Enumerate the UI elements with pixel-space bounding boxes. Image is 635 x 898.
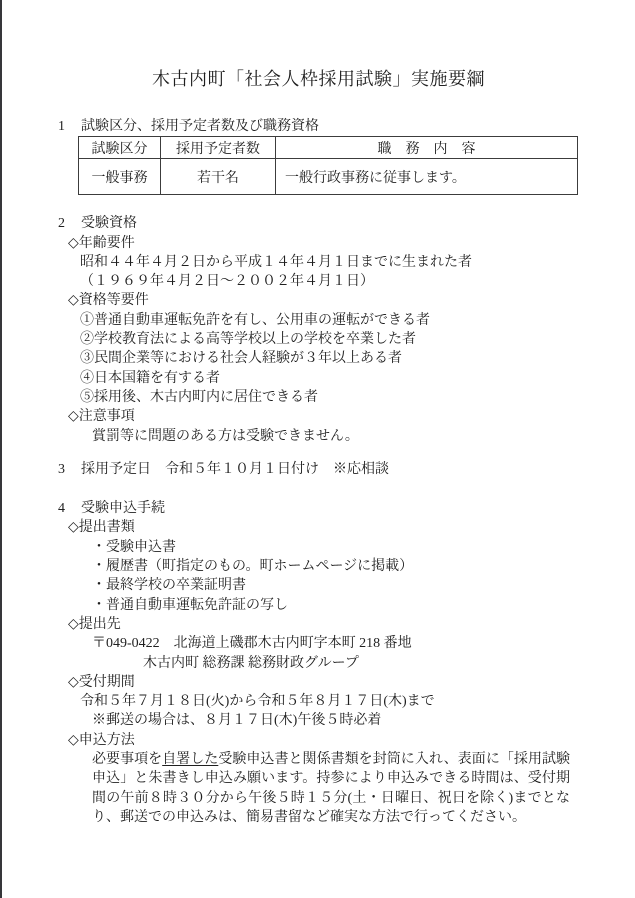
submission-document-item: ・履歴書（町指定のもの。町ホームページに掲載） <box>58 557 615 576</box>
table-cell-planned-hires: 若干名 <box>161 159 276 195</box>
section-4-heading: 4受験申込手続 <box>58 499 615 518</box>
table-header-job-description: 職 務 内 容 <box>276 137 578 159</box>
section-2: 2受験資格 ◇年齢要件 昭和４４年４月２日から平成１４年４月１日までに生まれた者… <box>58 214 615 446</box>
qualification-item: ④日本国籍を有する者 <box>58 369 615 388</box>
submission-address-line: 〒049-0422 北海道上磯郡木古内町字本町 218 番地 <box>58 634 615 653</box>
qualification-item: ⑤採用後、木古内町内に居住できる者 <box>58 388 615 407</box>
section-2-heading-text: 受験資格 <box>81 216 137 231</box>
table-header-exam-category: 試験区分 <box>79 137 161 159</box>
qualification-label: ◇資格等要件 <box>58 291 615 310</box>
submission-document-item: ・普通自動車運転免許証の写し <box>58 596 615 615</box>
section-1-heading-text: 試験区分、採用予定者数及び職務資格 <box>81 119 319 134</box>
age-requirement-line: 昭和４４年４月２日から平成１４年４月１日までに生まれた者 <box>58 253 615 272</box>
section-4: 4受験申込手続 ◇提出書類 ・受験申込書 ・履歴書（町指定のもの。町ホームページ… <box>58 499 615 827</box>
application-method-paragraph: 必要事項を自署した受験申込書と関係書類を封筒に入れ、表面に「採用試験申込」と朱書… <box>92 750 570 827</box>
section-2-heading: 2受験資格 <box>58 214 615 233</box>
exam-table-data-row: 一般事務 若干名 一般行政事務に従事します。 <box>79 159 578 195</box>
section-3-heading-text: 採用予定日 令和５年１０月１日付け ※応相談 <box>81 462 389 477</box>
section-1-number: 1 <box>58 117 81 136</box>
section-3-number: 3 <box>58 460 81 479</box>
age-requirement-label: ◇年齢要件 <box>58 234 615 253</box>
acceptance-period-note: ※郵送の場合は、８月１７日(木)午後５時必着 <box>58 711 615 730</box>
section-2-number: 2 <box>58 214 81 233</box>
submission-address-label: ◇提出先 <box>58 615 615 634</box>
table-header-planned-hires: 採用予定者数 <box>161 137 276 159</box>
document-body: 1試験区分、採用予定者数及び職務資格 試験区分 採用予定者数 職 務 内 容 一… <box>58 117 615 827</box>
section-4-heading-text: 受験申込手続 <box>81 501 165 516</box>
method-text-before: 必要事項を <box>92 752 162 767</box>
caution-line: 賞罰等に問題のある方は受験できません。 <box>58 427 615 446</box>
section-1-heading: 1試験区分、採用予定者数及び職務資格 <box>58 117 615 136</box>
section-3-heading: 3採用予定日 令和５年１０月１日付け ※応相談 <box>58 460 615 479</box>
age-requirement-line: （１９６９年４月２日～２００２年４月１日） <box>58 272 615 291</box>
qualification-item: ①普通自動車運転免許を有し、公用車の運転ができる者 <box>58 311 615 330</box>
qualification-item: ③民間企業等における社会人経験が３年以上ある者 <box>58 349 615 368</box>
submission-documents-label: ◇提出書類 <box>58 518 615 537</box>
application-method-label: ◇申込方法 <box>58 731 615 750</box>
submission-document-item: ・受験申込書 <box>58 538 615 557</box>
acceptance-period-line: 令和５年７月１８日(火)から令和５年８月１７日(木)まで <box>58 692 615 711</box>
document-page: 木古内町「社会人枠採用試験」実施要綱 1試験区分、採用予定者数及び職務資格 試験… <box>0 0 635 898</box>
qualification-item: ②学校教育法による高等学校以上の学校を卒業した者 <box>58 330 615 349</box>
caution-label: ◇注意事項 <box>58 407 615 426</box>
exam-table: 試験区分 採用予定者数 職 務 内 容 一般事務 若干名 一般行政事務に従事しま… <box>78 136 578 195</box>
section-4-number: 4 <box>58 499 81 518</box>
method-text-underlined: 自署した <box>162 752 218 767</box>
table-cell-exam-category: 一般事務 <box>79 159 161 195</box>
submission-address-line: 木古内町 総務課 総務財政グループ <box>58 654 615 673</box>
exam-table-header-row: 試験区分 採用予定者数 職 務 内 容 <box>79 137 578 159</box>
acceptance-period-label: ◇受付期間 <box>58 673 615 692</box>
table-cell-job-description: 一般行政事務に従事します。 <box>276 159 578 195</box>
page-title: 木古内町「社会人枠採用試験」実施要綱 <box>2 68 635 90</box>
submission-document-item: ・最終学校の卒業証明書 <box>58 576 615 595</box>
